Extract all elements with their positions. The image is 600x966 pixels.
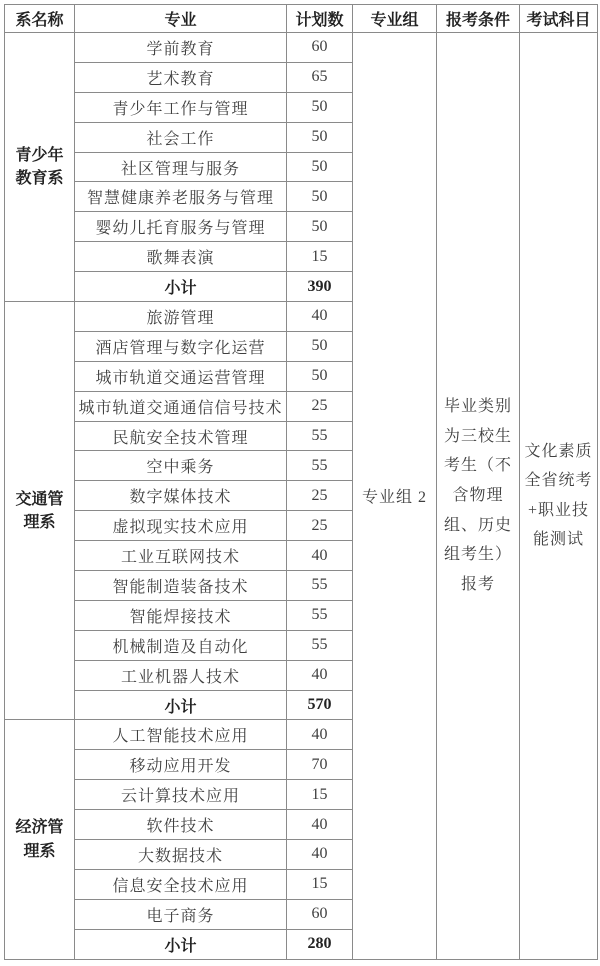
major-cell: 城市轨道交通通信信号技术 (75, 391, 287, 421)
subtotal-count-cell: 280 (287, 929, 353, 959)
plan-count-cell: 40 (287, 541, 353, 571)
plan-count-cell: 40 (287, 302, 353, 332)
major-cell: 城市轨道交通运营管理 (75, 361, 287, 391)
plan-count-cell: 40 (287, 840, 353, 870)
major-cell: 歌舞表演 (75, 242, 287, 272)
plan-count-cell: 55 (287, 630, 353, 660)
page: 系名称 专业 计划数 专业组 报考条件 考试科目 青少年 教育系学前教育60专业… (0, 0, 600, 966)
major-group-cell: 专业组 2 (353, 33, 437, 960)
department-cell: 经济管 理系 (5, 720, 75, 959)
plan-count-cell: 25 (287, 481, 353, 511)
header-requirement: 报考条件 (437, 5, 520, 33)
plan-count-cell: 70 (287, 750, 353, 780)
plan-count-cell: 40 (287, 720, 353, 750)
major-cell: 青少年工作与管理 (75, 92, 287, 122)
major-cell: 旅游管理 (75, 302, 287, 332)
plan-count-cell: 55 (287, 571, 353, 601)
header-department: 系名称 (5, 5, 75, 33)
major-cell: 智能焊接技术 (75, 600, 287, 630)
major-cell: 学前教育 (75, 33, 287, 63)
plan-count-cell: 55 (287, 451, 353, 481)
major-cell: 软件技术 (75, 810, 287, 840)
plan-count-cell: 55 (287, 421, 353, 451)
header-major-group: 专业组 (353, 5, 437, 33)
major-cell: 民航安全技术管理 (75, 421, 287, 451)
plan-count-cell: 50 (287, 361, 353, 391)
header-row: 系名称 专业 计划数 专业组 报考条件 考试科目 (5, 5, 598, 33)
plan-count-cell: 50 (287, 182, 353, 212)
table-row: 青少年 教育系学前教育60专业组 2毕业类别 为三校生 考生（不 含物理 组、历… (5, 33, 598, 63)
subtotal-count-cell: 570 (287, 690, 353, 720)
subtotal-count-cell: 390 (287, 272, 353, 302)
subtotal-label-cell: 小计 (75, 272, 287, 302)
header-major: 专业 (75, 5, 287, 33)
major-cell: 社区管理与服务 (75, 152, 287, 182)
major-cell: 工业互联网技术 (75, 541, 287, 571)
major-cell: 云计算技术应用 (75, 780, 287, 810)
major-cell: 婴幼儿托育服务与管理 (75, 212, 287, 242)
major-cell: 智能制造装备技术 (75, 571, 287, 601)
header-plan-count: 计划数 (287, 5, 353, 33)
table-body: 青少年 教育系学前教育60专业组 2毕业类别 为三校生 考生（不 含物理 组、历… (5, 33, 598, 960)
plan-count-cell: 55 (287, 600, 353, 630)
plan-count-cell: 15 (287, 869, 353, 899)
plan-count-cell: 60 (287, 33, 353, 63)
major-cell: 数字媒体技术 (75, 481, 287, 511)
major-cell: 人工智能技术应用 (75, 720, 287, 750)
major-cell: 大数据技术 (75, 840, 287, 870)
department-cell: 交通管 理系 (5, 302, 75, 720)
plan-count-cell: 50 (287, 152, 353, 182)
major-cell: 机械制造及自动化 (75, 630, 287, 660)
plan-count-cell: 50 (287, 212, 353, 242)
department-cell: 青少年 教育系 (5, 33, 75, 302)
plan-count-cell: 60 (287, 899, 353, 929)
exam-subjects-cell: 文化素质 全省统考 +职业技 能测试 (520, 33, 598, 960)
major-cell: 空中乘务 (75, 451, 287, 481)
plan-count-cell: 50 (287, 122, 353, 152)
plan-count-cell: 25 (287, 511, 353, 541)
plan-count-cell: 15 (287, 242, 353, 272)
major-cell: 社会工作 (75, 122, 287, 152)
major-cell: 酒店管理与数字化运营 (75, 331, 287, 361)
major-cell: 移动应用开发 (75, 750, 287, 780)
plan-count-cell: 50 (287, 92, 353, 122)
plan-count-cell: 15 (287, 780, 353, 810)
plan-count-cell: 65 (287, 62, 353, 92)
plan-count-cell: 40 (287, 810, 353, 840)
requirement-cell: 毕业类别 为三校生 考生（不 含物理 组、历史 组考生） 报考 (437, 33, 520, 960)
major-cell: 艺术教育 (75, 62, 287, 92)
major-cell: 智慧健康养老服务与管理 (75, 182, 287, 212)
subtotal-label-cell: 小计 (75, 690, 287, 720)
major-cell: 工业机器人技术 (75, 660, 287, 690)
major-cell: 电子商务 (75, 899, 287, 929)
major-cell: 虚拟现实技术应用 (75, 511, 287, 541)
admission-plan-table: 系名称 专业 计划数 专业组 报考条件 考试科目 青少年 教育系学前教育60专业… (4, 4, 598, 960)
plan-count-cell: 40 (287, 660, 353, 690)
subtotal-label-cell: 小计 (75, 929, 287, 959)
header-exam-subjects: 考试科目 (520, 5, 598, 33)
plan-count-cell: 50 (287, 331, 353, 361)
major-cell: 信息安全技术应用 (75, 869, 287, 899)
plan-count-cell: 25 (287, 391, 353, 421)
